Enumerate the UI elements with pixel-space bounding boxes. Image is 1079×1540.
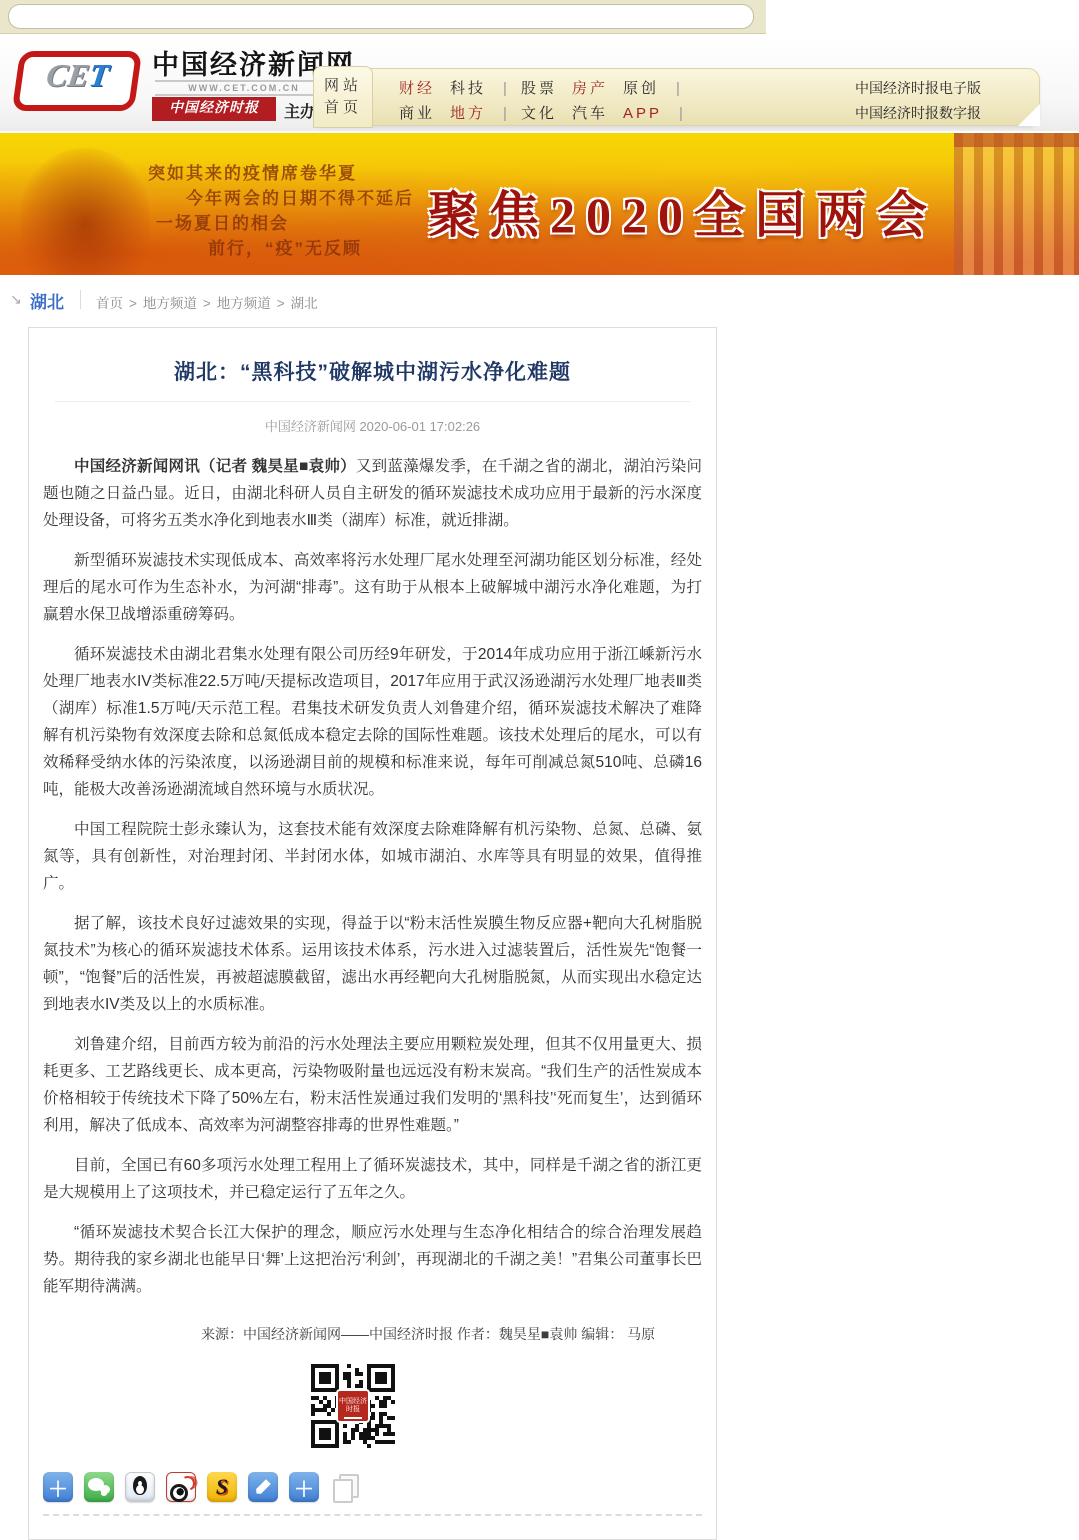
share-more2-icon-glyph: ＋ <box>289 1472 319 1502</box>
breadcrumb-segment[interactable]: 地方频道 <box>217 296 271 311</box>
nav-item[interactable]: 汽车 <box>572 105 608 122</box>
wechat-icon[interactable] <box>84 1472 114 1502</box>
nav-item[interactable]: 科技 <box>450 80 486 97</box>
nav-separator: | <box>676 80 680 97</box>
nav-item[interactable]: 文化 <box>521 105 557 122</box>
article-title: 湖北：“黑科技”破解城中湖污水净化难题 <box>41 356 704 386</box>
dashed-separator <box>43 1514 702 1516</box>
nav-separator: | <box>503 105 507 122</box>
article-paragraph: 新型循环炭滤技术实现低成本、高效率将污水处理厂尾水处理至河湖功能区划分标准，经处… <box>43 547 702 628</box>
home-tab[interactable]: 网站 首页 <box>313 66 373 128</box>
nav-row-2: 商业地方|文化汽车APP| <box>399 102 697 123</box>
nav-item[interactable]: 股票 <box>521 80 557 97</box>
blog-icon[interactable] <box>248 1472 278 1502</box>
top-input[interactable] <box>8 4 754 29</box>
breadcrumb: 首页>地方频道>地方频道>湖北 <box>96 292 318 312</box>
breadcrumb-segment[interactable]: 湖北 <box>291 296 318 311</box>
nav-item[interactable]: 财经 <box>399 80 435 97</box>
breadcrumb-bar: ↘ 湖北 首页>地方频道>地方频道>湖北 <box>0 285 1079 319</box>
breadcrumb-segment[interactable]: 首页 <box>96 296 123 311</box>
share-more-icon[interactable]: ＋ <box>43 1472 73 1502</box>
sponsor-label: 主办 <box>284 99 316 122</box>
banner-slogans: 突如其来的疫情席卷华夏今年两会的日期不得不延后一场夏日的相会前行，“疫”无反顾 <box>148 161 414 261</box>
cet-logo-t: T <box>87 57 112 93</box>
nav-item[interactable]: 房产 <box>572 80 608 97</box>
banner-slogan-line: 前行，“疫”无反顾 <box>208 236 414 261</box>
nav-item[interactable]: 地方 <box>450 105 486 122</box>
nav-strip: 网站 首页 财经科技|股票房产原创| 商业地方|文化汽车APP| 中国经济时报电… <box>316 68 1040 126</box>
paper-logo[interactable]: 中国经济时报 <box>152 97 276 121</box>
breadcrumb-separator: > <box>203 296 211 311</box>
breadcrumb-separator: > <box>277 296 285 311</box>
page: CET 中国经济新闻网 WWW.CET.COM.CN 中国经济时报 主办 网站 … <box>0 0 1079 1540</box>
breadcrumb-divider <box>80 290 81 309</box>
cet-logo-ce: CE <box>44 57 92 93</box>
article-paragraph: 据了解，该技术良好过滤效果的实现，得益于以“粉末活性炭膜生物反应器+靶向大孔树脂… <box>43 910 702 1018</box>
weibo-icon[interactable] <box>166 1472 196 1502</box>
copy-icon[interactable] <box>330 1472 360 1502</box>
site-url: WWW.CET.COM.CN <box>155 80 333 96</box>
article-datetime: 2020-06-01 17:02:26 <box>359 419 480 434</box>
banner-2020-lianghui[interactable]: 突如其来的疫情席卷华夏今年两会的日期不得不延后一场夏日的相会前行，“疫”无反顾 … <box>0 133 1079 275</box>
article-paragraph: 中国经济新闻网讯（记者 魏昊星■袁帅）又到蓝藻爆发季，在千湖之省的湖北，湖泊污染… <box>43 453 702 534</box>
banner-slogan-line: 一场夏日的相会 <box>156 211 414 236</box>
article-lead: 中国经济新闻网讯（记者 魏昊星■袁帅） <box>74 458 356 475</box>
banner-figure-graphic <box>20 148 150 275</box>
article-paragraph: 刘鲁建介绍，目前西方较为前沿的污水处理法主要应用颗粒炭处理，但其不仅用量更大、损… <box>43 1031 702 1139</box>
sohu-icon-glyph: S <box>207 1472 237 1502</box>
great-hall-graphic <box>954 133 1079 275</box>
digital-paper-link[interactable]: 中国经济时报数字报 <box>855 101 981 126</box>
top-bar <box>0 0 766 34</box>
article-paragraph: 循环炭滤技术由湖北君集水处理有限公司历经9年研发，于2014年成功应用于浙江嵊新… <box>43 641 702 803</box>
share-toolbar: ＋S＋ <box>43 1472 704 1506</box>
channel-label[interactable]: 湖北 <box>30 288 64 313</box>
home-tab-line2: 首页 <box>314 97 372 119</box>
article-paragraph: 目前，全国已有60多项污水处理工程用上了循环炭滤技术，其中，同样是千湖之省的浙江… <box>43 1152 702 1206</box>
nav-row-1: 财经科技|股票房产原创| <box>399 77 694 98</box>
article-source-site: 中国经济新闻网 <box>265 419 356 434</box>
qr-code: 中国经济时报 <box>303 1356 403 1456</box>
article-body: 中国经济新闻网讯（记者 魏昊星■袁帅）又到蓝藻爆发季，在千湖之省的湖北，湖泊污染… <box>41 453 704 1300</box>
article-paragraph: 中国工程院院士彭永臻认为，这套技术能有效深度去除难降解有机污染物、总氮、总磷、氨… <box>43 816 702 897</box>
banner-slogan-line: 今年两会的日期不得不延后 <box>186 186 414 211</box>
nav-item[interactable]: 商业 <box>399 105 435 122</box>
epaper-link[interactable]: 中国经济时报电子版 <box>855 76 981 101</box>
site-header: CET 中国经济新闻网 WWW.CET.COM.CN 中国经济时报 主办 网站 … <box>0 35 1079 131</box>
home-tab-line1: 网站 <box>314 75 372 97</box>
share-more2-icon[interactable]: ＋ <box>289 1472 319 1502</box>
title-divider <box>55 401 690 402</box>
article-paragraph: “循环炭滤技术契合长江大保护的理念，顺应污水处理与生态净化相结合的综合治理发展趋… <box>43 1219 702 1300</box>
nav-item[interactable]: APP <box>623 105 662 122</box>
qr-center-label: 中国经济时报 <box>339 1398 367 1413</box>
breadcrumb-segment[interactable]: 地方频道 <box>143 296 197 311</box>
sohu-icon[interactable]: S <box>207 1472 237 1502</box>
article-container: 湖北：“黑科技”破解城中湖污水净化难题 中国经济新闻网 2020-06-01 1… <box>28 327 717 1540</box>
banner-title: 聚焦2020全国两会 <box>428 175 938 247</box>
qr-center-logo: 中国经济时报 <box>336 1389 370 1423</box>
nav-separator: | <box>679 105 683 122</box>
banner-slogan-line: 突如其来的疫情席卷华夏 <box>148 161 414 186</box>
article-meta: 中国经济新闻网 2020-06-01 17:02:26 <box>41 416 704 435</box>
share-more-icon-glyph: ＋ <box>43 1472 73 1502</box>
nav-item[interactable]: 原创 <box>623 80 659 97</box>
qq-icon[interactable] <box>125 1472 155 1502</box>
nav-separator: | <box>503 80 507 97</box>
corner-arrow-icon: ↘ <box>10 291 22 308</box>
breadcrumb-separator: > <box>129 296 137 311</box>
article-source-line: 来源：中国经济新闻网——中国经济时报 作者：魏昊星■袁帅 编辑： 马原 <box>201 1324 704 1344</box>
qr-pattern <box>303 1356 307 1360</box>
paper-links: 中国经济时报电子版 中国经济时报数字报 <box>855 76 981 126</box>
cet-logo-icon[interactable]: CET <box>12 51 142 111</box>
